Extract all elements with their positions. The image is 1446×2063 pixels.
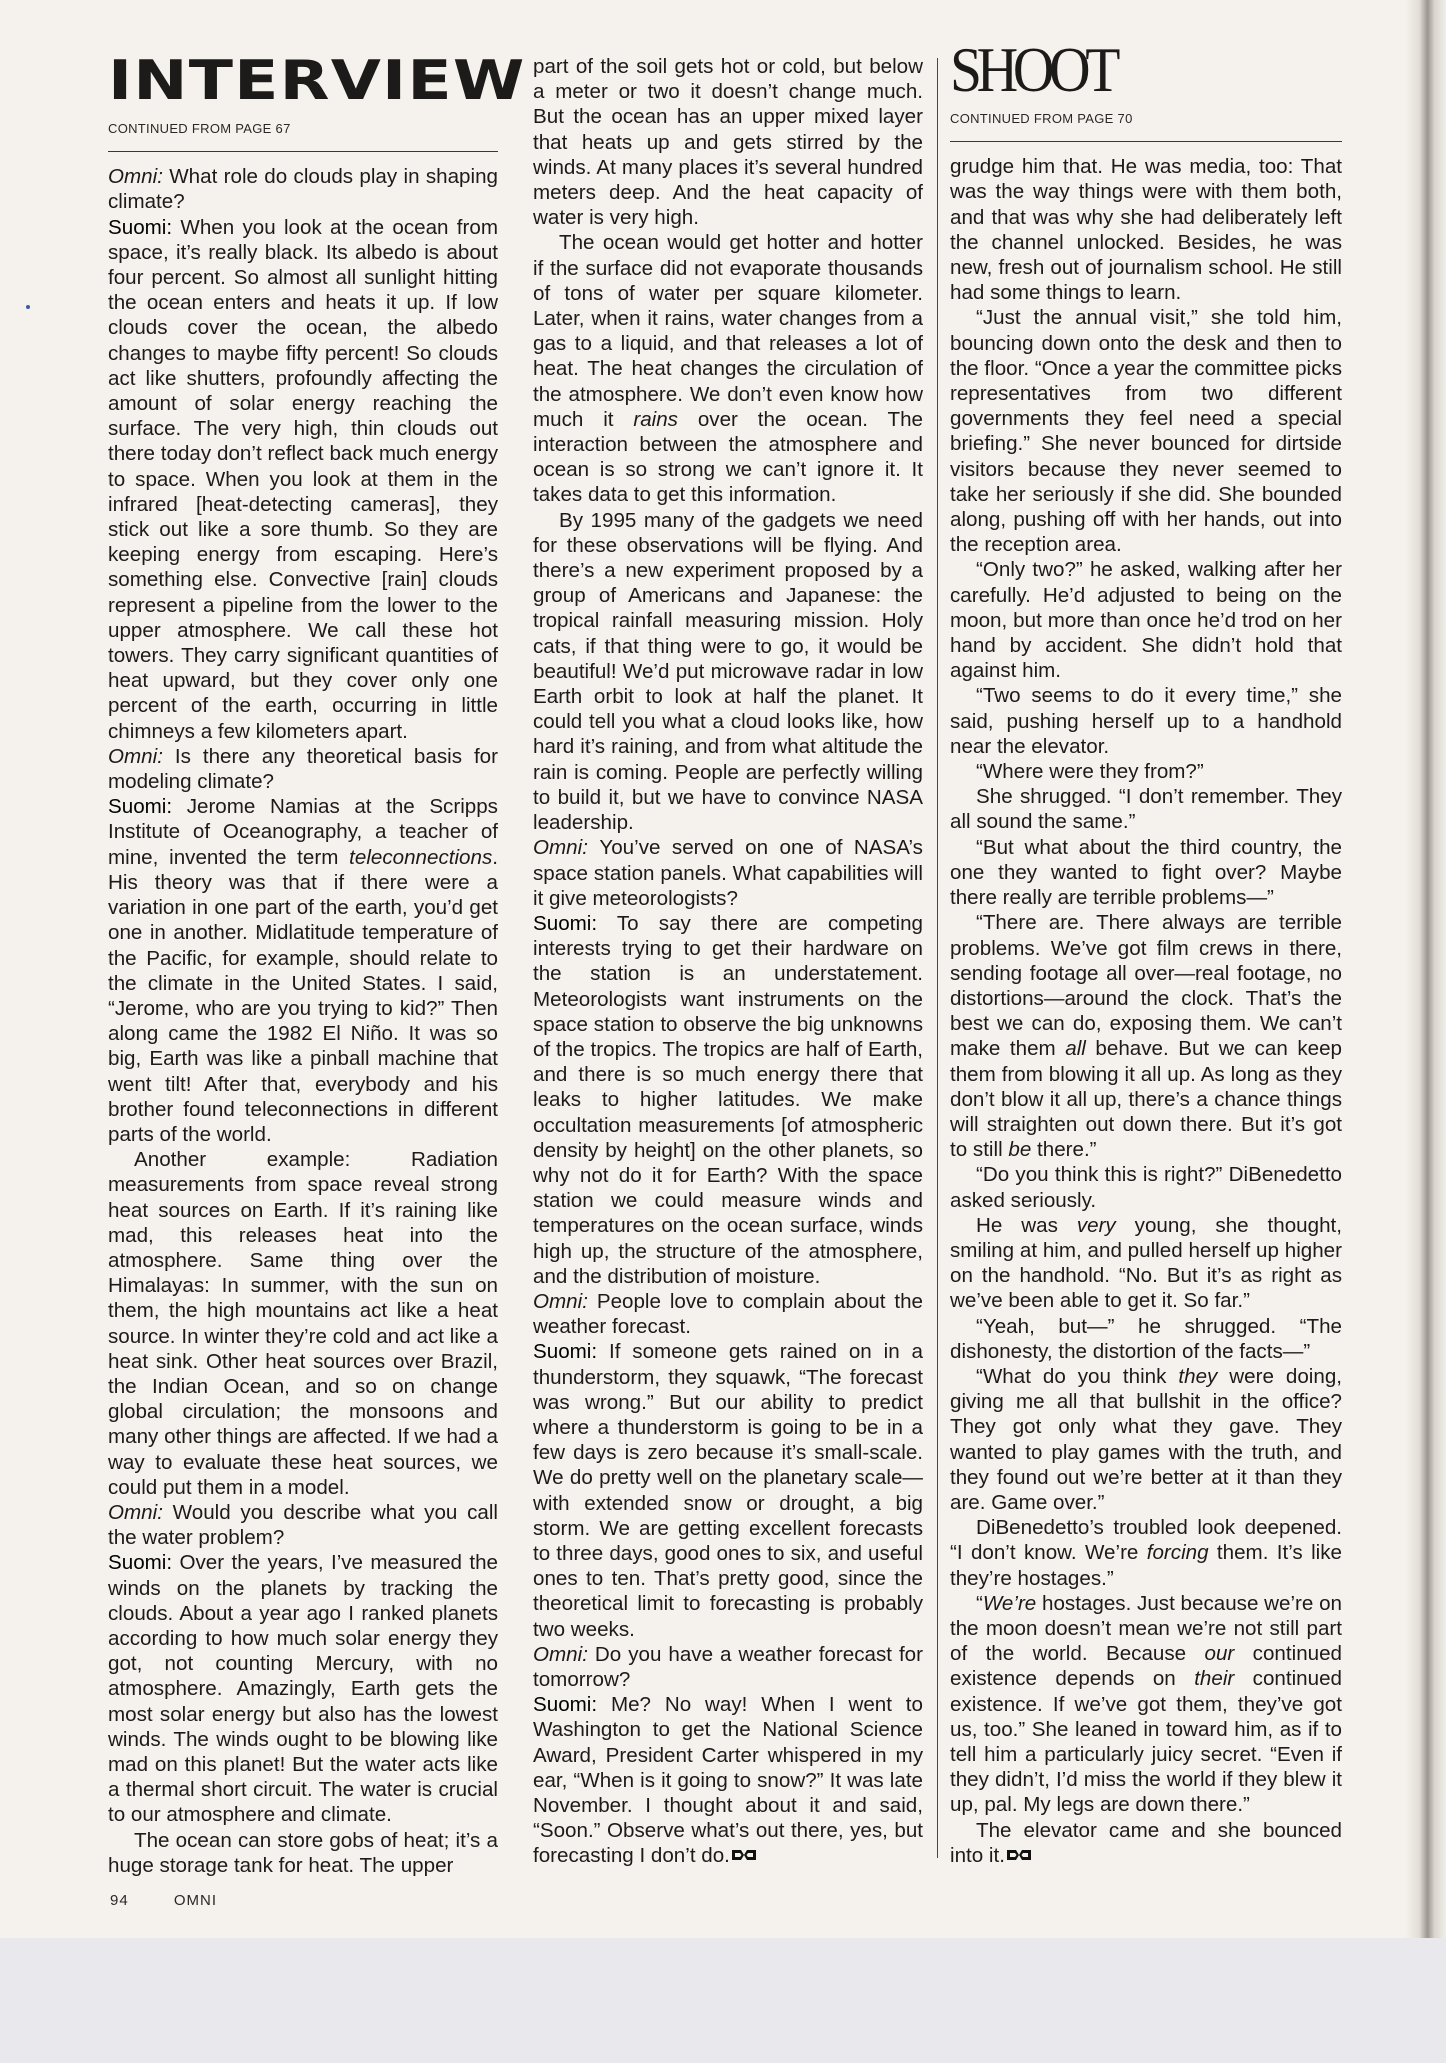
omni-end-symbol-icon [730,1847,758,1863]
speaker-label: Suomi: [533,1693,611,1716]
speaker-label: Omni: [533,1290,597,1313]
speaker-label: Suomi: [533,1340,609,1363]
story-paragraph: He was very young, she thought, smiling … [950,1213,1342,1314]
speaker-label: Suomi: [108,216,180,239]
interview-paragraph: Suomi: Over the years, I’ve measured the… [108,1550,498,1827]
scan-background [0,1938,1446,2063]
omni-end-symbol-icon [1005,1847,1033,1863]
speaker-label: Suomi: [108,1551,179,1574]
interview-paragraph: Omni: You’ve served on one of NASA’s spa… [533,835,923,911]
speaker-label: Suomi: [108,795,187,818]
speaker-label: Omni: [533,836,599,859]
interview-paragraph: Omni: People love to complain about the … [533,1289,923,1339]
interview-paragraph: The ocean would get hotter and hotter if… [533,230,923,507]
story-paragraph: “Just the annual visit,” she told him, b… [950,305,1342,557]
speaker-label: Omni: [533,1643,595,1666]
interview-column-2: part of the soil gets hot or cold, but b… [533,54,923,1869]
story-paragraph: The elevator came and she bounced into i… [950,1818,1342,1868]
story-paragraph: “There are. There always are terrible pr… [950,910,1342,1162]
page-number: 94 [110,1892,129,1909]
interview-paragraph: Omni: Would you describe what you call t… [108,1500,498,1550]
story-paragraph: DiBenedetto’s troubled look deepened. “I… [950,1515,1342,1591]
story-paragraph: “Only two?” he asked, walking after her … [950,557,1342,683]
speaker-label: Omni: [108,745,175,768]
interview-paragraph: Suomi: When you look at the ocean from s… [108,215,498,744]
interview-paragraph: part of the soil gets hot or cold, but b… [533,54,923,230]
story-paragraph: “Do you think this is right?” DiBenedett… [950,1162,1342,1212]
interview-paragraph: By 1995 many of the gadgets we need for … [533,508,923,836]
story-paragraph: grudge him that. He was media, too: That… [950,154,1342,305]
column-divider [937,58,938,1858]
page-folio: 94 OMNI [110,1892,257,1909]
interview-continued-line: CONTINUED FROM PAGE 67 [108,116,498,141]
interview-paragraph: Suomi: To say there are competing intere… [533,911,923,1289]
interview-paragraph: Suomi: If someone gets rained on in a th… [533,1339,923,1641]
story-paragraph: She shrugged. “I don’t remember. They al… [950,784,1342,834]
story-paragraph: “Two seems to do it every time,” she sai… [950,683,1342,759]
interview-paragraph: The ocean can store gobs of heat; it’s a… [108,1828,498,1878]
scan-dot [26,305,30,309]
interview-body-col1: Omni: What role do clouds play in shapin… [108,164,498,1878]
magazine-name: OMNI [174,1892,217,1909]
shoot-title-rule [950,141,1342,142]
story-paragraph: “But what about the third country, the o… [950,835,1342,911]
page-gutter-shadow [1405,0,1446,1938]
story-paragraph: “We’re hostages. Just because we’re on t… [950,1591,1342,1818]
interview-paragraph: Omni: What role do clouds play in shapin… [108,164,498,214]
shoot-column: SHOOT CONTINUED FROM PAGE 70 grudge him … [950,40,1342,1868]
speaker-label: Omni: [108,165,169,188]
interview-paragraph: Suomi: Me? No way! When I went to Washin… [533,1692,923,1868]
shoot-continued-line: CONTINUED FROM PAGE 70 [950,106,1342,131]
story-paragraph: “What do you think they were doing, givi… [950,1364,1342,1515]
speaker-label: Suomi: [533,912,617,935]
shoot-body: grudge him that. He was media, too: That… [950,154,1342,1868]
interview-column-1: INTERVIEW CONTINUED FROM PAGE 67 Omni: W… [108,54,498,1878]
story-paragraph: “Yeah, but—” he shrugged. “The dishonest… [950,1314,1342,1364]
interview-title-rule [108,151,498,152]
interview-paragraph: Omni: Do you have a weather forecast for… [533,1642,923,1692]
interview-paragraph: Omni: Is there any theoretical basis for… [108,744,498,794]
interview-paragraph: Suomi: Jerome Namias at the Scripps Inst… [108,794,498,1147]
interview-body-col2: part of the soil gets hot or cold, but b… [533,54,923,1869]
shoot-title: SHOOT [950,40,1303,100]
story-paragraph: “Where were they from?” [950,759,1342,784]
interview-paragraph: Another example: Radiation measurements … [108,1147,498,1500]
interview-title: INTERVIEW [108,54,576,110]
speaker-label: Omni: [108,1501,173,1524]
